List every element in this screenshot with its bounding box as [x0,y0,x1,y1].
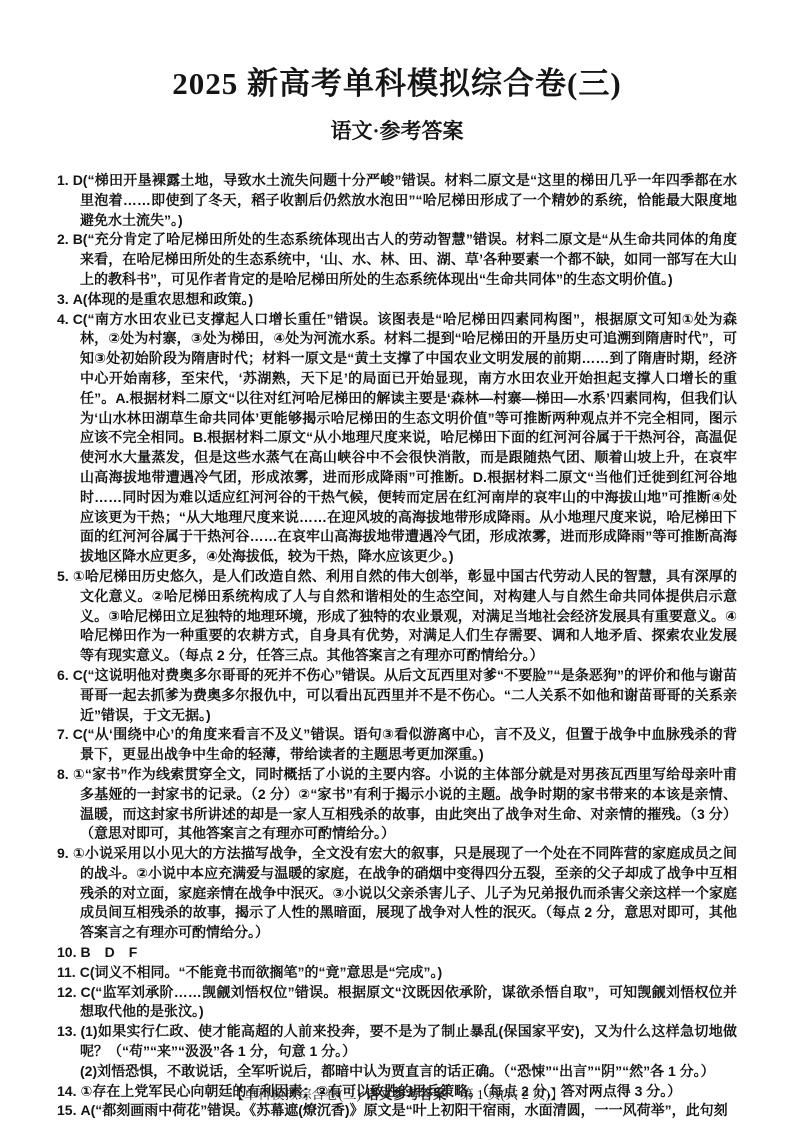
answer-item: 6.C(“这说明他对费奥多尔哥哥的死并不伤心”错误。从后文瓦西里对爹“不要脸”“… [57,666,737,725]
answer-line: 2.B(“充分肯定了哈尼梯田所处的生态系统体现出古人的劳动智慧”错误。材料二原文… [57,230,737,289]
footer-page-number: 第 1 页(共 2 页)】 [447,1087,564,1102]
answer-number: 15. [57,1102,80,1118]
answer-line: 6.C(“这说明他对费奥多尔哥哥的死并不伤心”错误。从后文瓦西里对爹“不要脸”“… [57,666,737,725]
page-subtitle: 语文·参考答案 [0,115,794,145]
answer-text: A(“都刻画雨中荷花”错误。《苏幕遮(燎沉香)》原文是“叶上初阳干宿雨，水面清圆… [80,1102,727,1118]
answer-item: 9.①小说采用以小见大的方法描写战争，全文没有宏大的叙事，只是展现了一个处在不同… [57,844,737,943]
answer-item: 3.A(体现的是重农思想和政策。) [57,290,737,310]
answer-text: (1)如果实行仁政、使才能高超的人前来投奔，要不是为了制止暴乱(保国家平安)，又… [80,1023,737,1059]
page-title: 2025 新高考单科模拟综合卷(三) [0,58,794,103]
answer-line: 4.C(“南方水田农业已支撑起人口增长重任”错误。该图表是“哈尼梯田四素同构图”… [57,310,737,567]
answer-text: B D F [80,944,137,960]
answer-number: 5. [57,568,73,584]
answer-number: 11. [57,964,80,980]
answer-item: 15.A(“都刻画雨中荷花”错误。《苏幕遮(燎沉香)》原文是“叶上初阳干宿雨，水… [57,1101,737,1121]
answer-text: ①“家书”作为线索贯穿全文，同时概括了小说的主要内容。小说的主体部分就是对男孩瓦… [73,766,737,841]
answer-text: C(“南方水田农业已支撑起人口增长重任”错误。该图表是“哈尼梯田四素同构图”，根… [73,311,737,565]
footer-prefix: 【单科模拟综合卷(三)· [231,1087,366,1102]
answer-text: C(词义不相同。“不能竟书而欲搁笔”的“竟”意思是“完成”。) [80,964,442,980]
answer-number: 10. [57,944,80,960]
answer-item: 4.C(“南方水田农业已支撑起人口增长重任”错误。该图表是“哈尼梯田四素同构图”… [57,310,737,567]
answer-number: 12. [57,984,80,1000]
answer-number: 7. [57,726,73,742]
answer-item: 13.(1)如果实行仁政、使才能高超的人前来投奔，要不是为了制止暴乱(保国家平安… [57,1022,737,1081]
answer-line: 8.①“家书”作为线索贯穿全文，同时概括了小说的主要内容。小说的主体部分就是对男… [57,765,737,844]
answer-text: D(“梯田开垦裸露土地，导致水土流失问题十分严峻”错误。材料二原文是“这里的梯田… [73,172,737,228]
answer-text: ①小说采用以小见大的方法描写战争，全文没有宏大的叙事，只是展现了一个处在不同阵营… [73,845,737,940]
answer-line: 15.A(“都刻画雨中荷花”错误。《苏幕遮(燎沉香)》原文是“叶上初阳干宿雨，水… [57,1101,737,1121]
answer-item: 5.①哈尼梯田历史悠久，是人们改造自然、利用自然的伟大创举，彰显中国古代劳动人民… [57,567,737,666]
answer-item: 12.C(“监军刘承阶……觊觎刘悟权位”错误。根据原文“汶既因依承阶，谋欲杀悟自… [57,983,737,1023]
footer-subject: 语文参考答案 [366,1087,447,1102]
answer-line: 10.B D F [57,943,737,963]
answer-item: 8.①“家书”作为线索贯穿全文，同时概括了小说的主要内容。小说的主体部分就是对男… [57,765,737,844]
answer-item: 11.C(词义不相同。“不能竟书而欲搁笔”的“竟”意思是“完成”。) [57,963,737,983]
answer-line: 12.C(“监军刘承阶……觊觎刘悟权位”错误。根据原文“汶既因依承阶，谋欲杀悟自… [57,983,737,1023]
answer-text: C(“这说明他对费奥多尔哥哥的死并不伤心”错误。从后文瓦西里对爹“不要脸”“是条… [73,667,737,723]
page-footer: 【单科模拟综合卷(三)·语文参考答案 第 1 页(共 2 页)】 [0,1083,794,1103]
answer-number: 9. [57,845,73,861]
answer-number: 4. [57,311,73,327]
answer-item: 1.D(“梯田开垦裸露土地，导致水土流失问题十分严峻”错误。材料二原文是“这里的… [57,171,737,230]
answer-line: 11.C(词义不相同。“不能竟书而欲搁笔”的“竟”意思是“完成”。) [57,963,737,983]
answer-number: 13. [57,1023,80,1039]
answer-number: 6. [57,667,73,683]
answer-item: 10.B D F [57,943,737,963]
answer-number: 1. [57,172,73,188]
answer-text: B(“充分肯定了哈尼梯田所处的生态系统体现出古人的劳动智慧”错误。材料二原文是“… [73,231,737,287]
answer-item: 2.B(“充分肯定了哈尼梯田所处的生态系统体现出古人的劳动智慧”错误。材料二原文… [57,230,737,289]
answer-line: 9.①小说采用以小见大的方法描写战争，全文没有宏大的叙事，只是展现了一个处在不同… [57,844,737,943]
answer-text: A(体现的是重农思想和政策。) [73,291,253,307]
answer-number: 3. [57,291,73,307]
answer-text: C(“从‘围绕中心’的角度来看言不及义”错误。语句③看似游离中心，言不及义，但置… [73,726,737,762]
answer-extra-line: (2)刘悟恐惧，不敢说话，全军听说后，都暗中认为贾直言的话正确。（“恐悚”“出言… [57,1062,737,1082]
answer-line: 13.(1)如果实行仁政、使才能高超的人前来投奔，要不是为了制止暴乱(保国家平安… [57,1022,737,1062]
answer-text: ①哈尼梯田历史悠久，是人们改造自然、利用自然的伟大创举，彰显中国古代劳动人民的智… [73,568,737,663]
exam-answer-page: 2025 新高考单科模拟综合卷(三) 语文·参考答案 1.D(“梯田开垦裸露土地… [0,0,794,1123]
answer-text: C(“监军刘承阶……觊觎刘悟权位”错误。根据原文“汶既因依承阶，谋欲杀悟自取”，… [80,984,737,1020]
answer-number: 8. [57,766,73,782]
answer-line: 3.A(体现的是重农思想和政策。) [57,290,737,310]
answer-number: 2. [57,231,73,247]
answer-line: 5.①哈尼梯田历史悠久，是人们改造自然、利用自然的伟大创举，彰显中国古代劳动人民… [57,567,737,666]
answer-line: 1.D(“梯田开垦裸露土地，导致水土流失问题十分严峻”错误。材料二原文是“这里的… [57,171,737,230]
answers-list: 1.D(“梯田开垦裸露土地，导致水土流失问题十分严峻”错误。材料二原文是“这里的… [57,171,737,1121]
answer-line: 7.C(“从‘围绕中心’的角度来看言不及义”错误。语句③看似游离中心，言不及义，… [57,725,737,765]
answer-item: 7.C(“从‘围绕中心’的角度来看言不及义”错误。语句③看似游离中心，言不及义，… [57,725,737,765]
